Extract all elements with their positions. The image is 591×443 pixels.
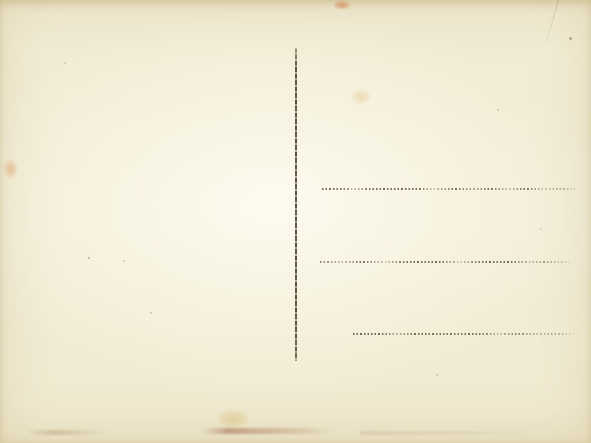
- smudge-bottom-left: [26, 430, 106, 435]
- smudge-bottom-right: [360, 431, 540, 435]
- smudge-bottom-brown: [202, 428, 332, 434]
- address-line-2: [320, 261, 570, 263]
- scratch-mark: [546, 0, 560, 43]
- stain-mid-yellow: [352, 90, 370, 104]
- foxing-speck: [497, 109, 499, 111]
- foxing-speck: [540, 228, 542, 230]
- foxing-speck: [64, 62, 66, 64]
- foxing-speck: [569, 37, 572, 40]
- stain-bottom-yellow: [218, 410, 248, 428]
- foxing-speck: [436, 374, 438, 376]
- postcard-paper: [0, 0, 591, 443]
- address-line-3: [353, 333, 575, 335]
- foxing-speck: [88, 257, 90, 259]
- stain-top-orange: [334, 1, 350, 9]
- foxing-speck: [150, 312, 152, 314]
- address-line-1: [322, 188, 575, 190]
- divider-line: [295, 48, 297, 361]
- postcard-photo: [0, 0, 591, 443]
- stain-left-orange: [4, 160, 17, 178]
- foxing-speck: [123, 260, 125, 262]
